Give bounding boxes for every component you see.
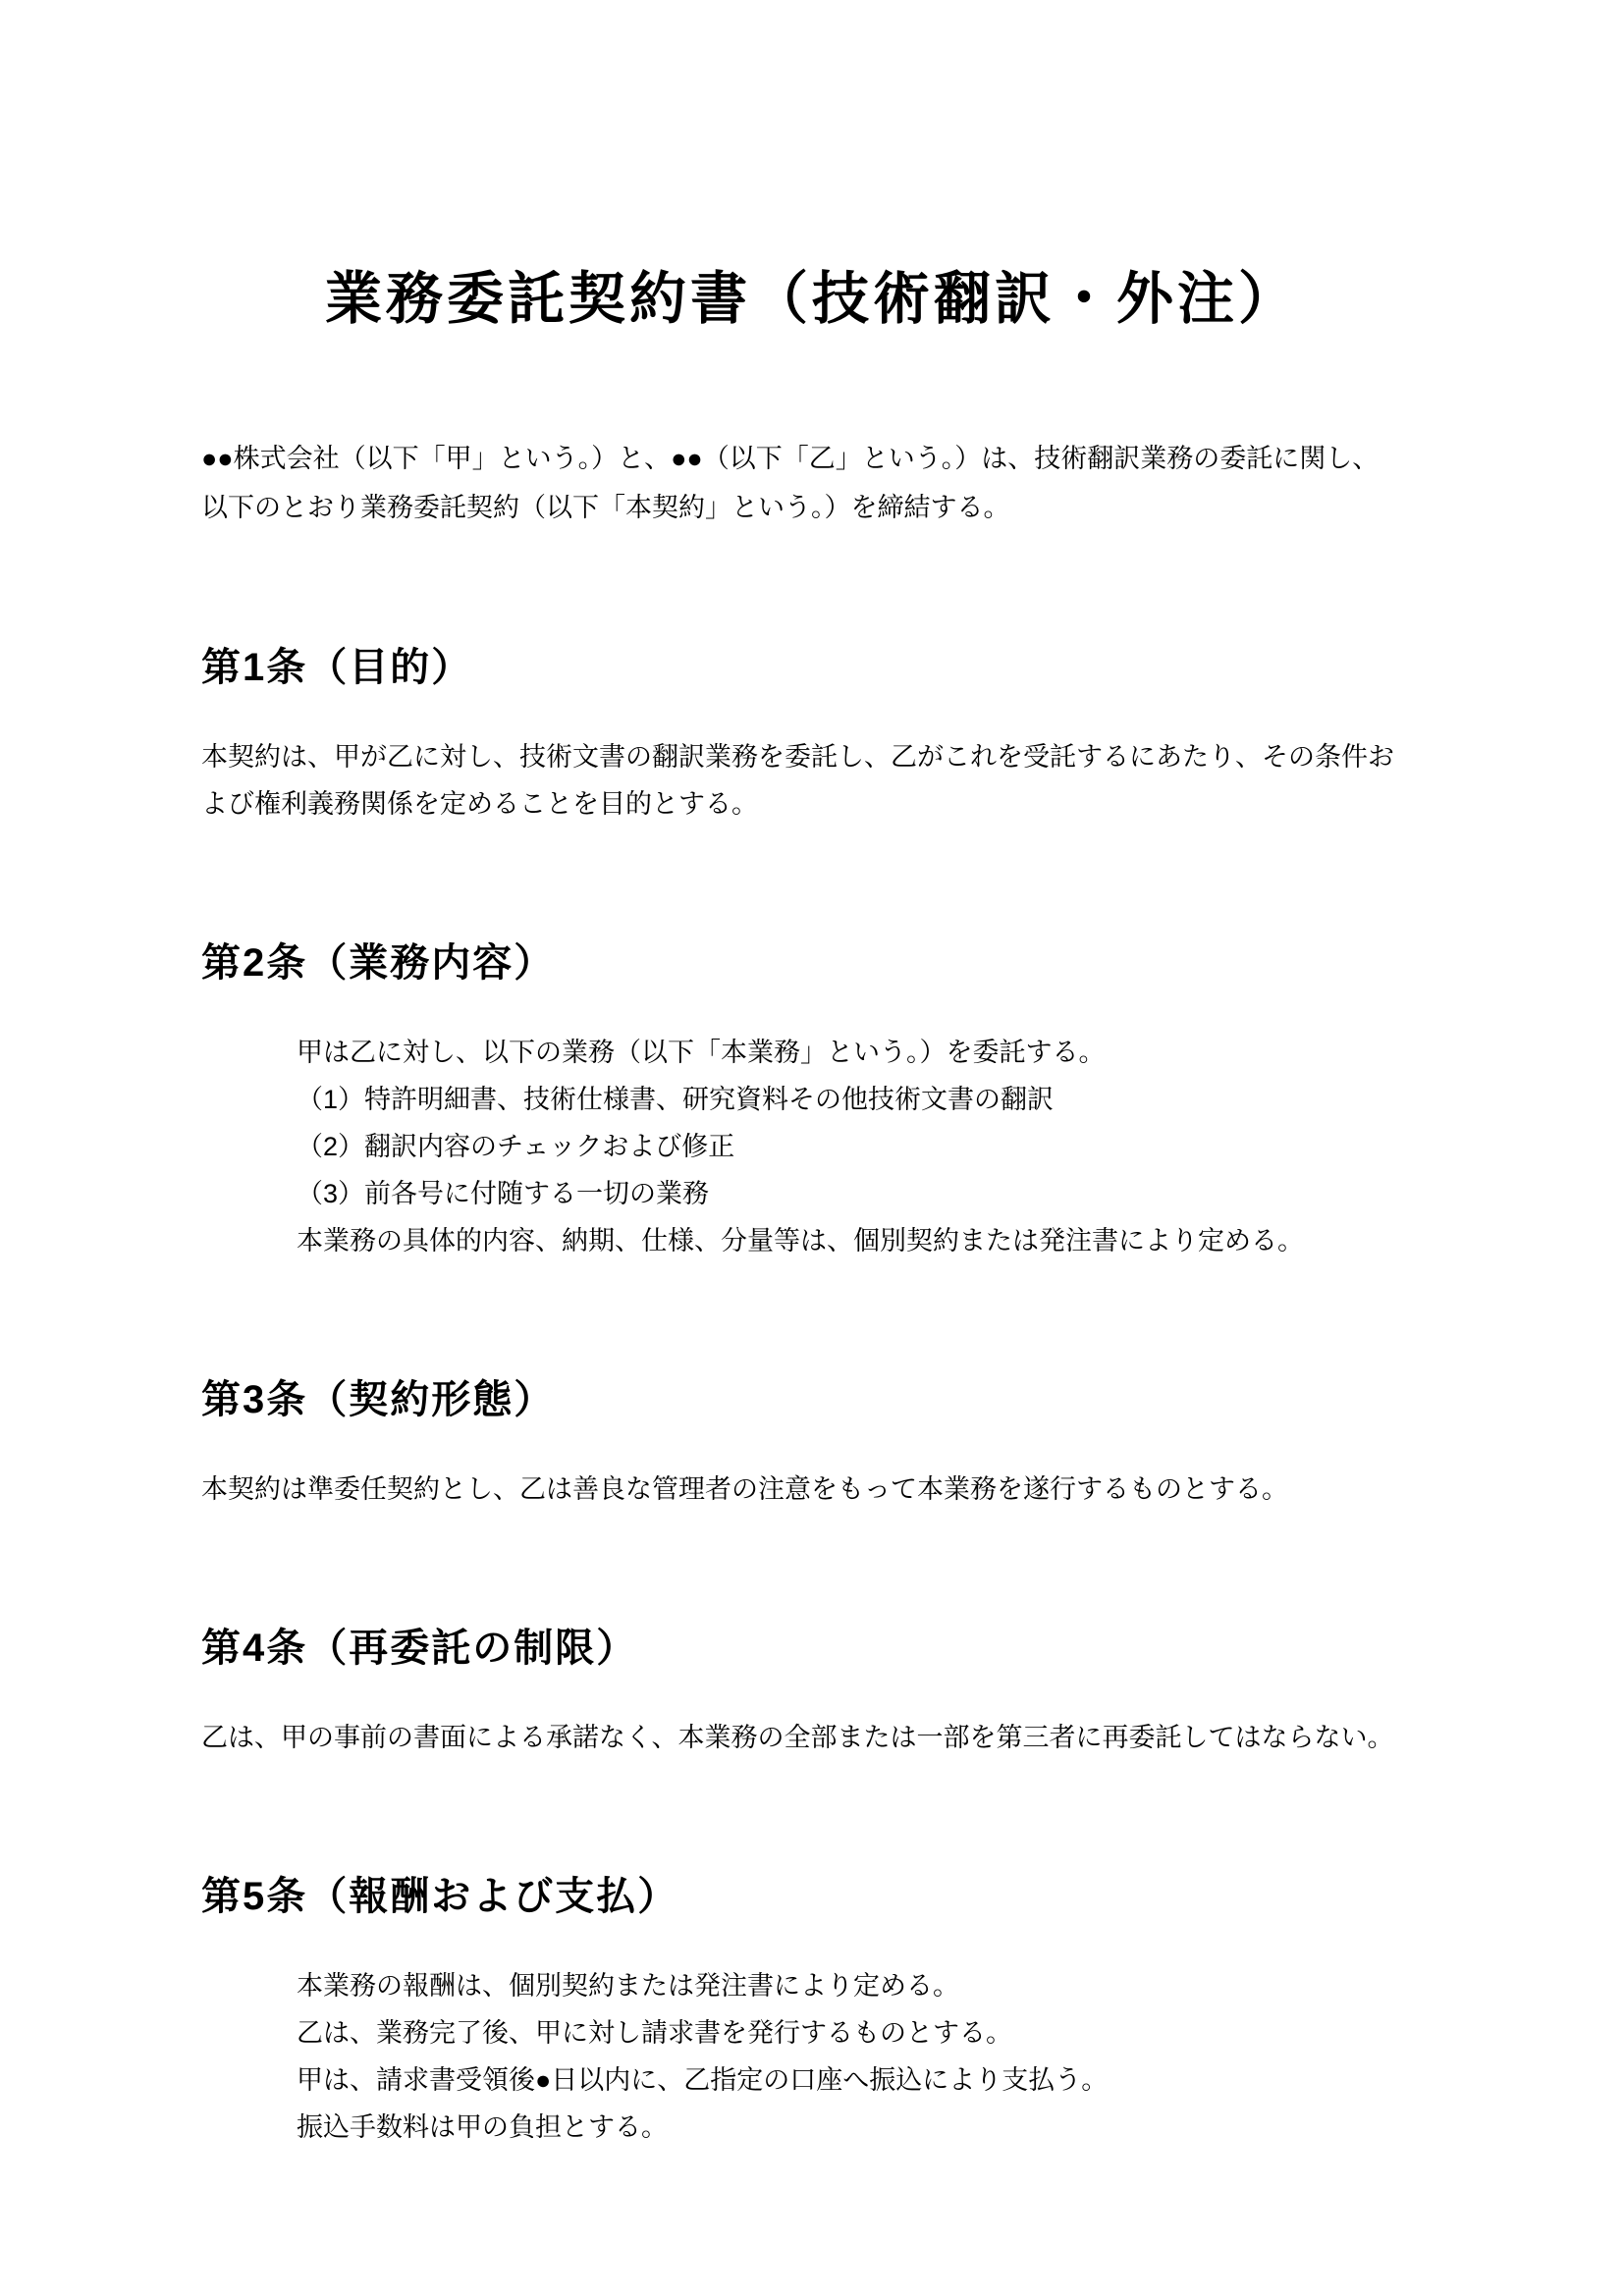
article-5-compensation-payment: 第5条（報酬および支払） 本業務の報酬は、個別契約または発注書により定める。 乙… — [201, 1874, 1452, 2151]
body-line: 本契約は準委任契約とし、乙は善良な管理者の注意をもって本業務を遂行するものとする… — [201, 1466, 1452, 1513]
article-4-heading: 第4条（再委託の制限） — [201, 1626, 1452, 1671]
body-line list-item: （2）翻訳内容のチェックおよび修正 — [297, 1123, 1452, 1170]
article-1-heading: 第1条（目的） — [201, 645, 1452, 690]
body-line: 甲は、請求書受領後●日以内に、乙指定の口座へ振込により支払う。 — [297, 2056, 1452, 2104]
intro-paragraph: ●●株式会社（以下「甲」という。）と、●●（以下「乙」という。）は、技術翻訳業務… — [201, 434, 1452, 532]
article-3-contract-form: 第3条（契約形態） 本契約は準委任契約とし、乙は善良な管理者の注意をもって本業務… — [201, 1377, 1452, 1513]
body-line: 本契約は、甲が乙に対し、技術文書の翻訳業務を委託し、乙がこれを受託するにあたり、… — [201, 733, 1452, 780]
body-line: 本業務の具体的内容、納期、仕様、分量等は、個別契約または発注書により定める。 — [297, 1217, 1452, 1264]
article-1-body: 本契約は、甲が乙に対し、技術文書の翻訳業務を委託し、乙がこれを受託するにあたり、… — [201, 733, 1452, 828]
body-line: 本業務の報酬は、個別契約または発注書により定める。 — [297, 1962, 1452, 2009]
body-line: 乙は、業務完了後、甲に対し請求書を発行するものとする。 — [297, 2009, 1452, 2056]
body-line: よび権利義務関係を定めることを目的とする。 — [201, 780, 1452, 828]
article-2-scope-of-work: 第2条（業務内容） 甲は乙に対し、以下の業務（以下「本業務」という。）を委託する… — [201, 940, 1452, 1264]
article-2-heading: 第2条（業務内容） — [201, 940, 1452, 986]
contract-document-page: 業務委託契約書（技術翻訳・外注） ●●株式会社（以下「甲」という。）と、●●（以… — [0, 0, 1624, 2296]
intro-line: ●●株式会社（以下「甲」という。）と、●●（以下「乙」という。）は、技術翻訳業務… — [201, 434, 1452, 483]
article-3-body: 本契約は準委任契約とし、乙は善良な管理者の注意をもって本業務を遂行するものとする… — [201, 1466, 1452, 1513]
document-title: 業務委託契約書（技術翻訳・外注） — [0, 267, 1624, 332]
article-3-heading: 第3条（契約形態） — [201, 1377, 1452, 1422]
title-band: 業務委託契約書（技術翻訳・外注） — [0, 267, 1624, 332]
article-1-purpose: 第1条（目的） 本契約は、甲が乙に対し、技術文書の翻訳業務を委託し、乙がこれを受… — [201, 645, 1452, 828]
article-5-heading: 第5条（報酬および支払） — [201, 1874, 1452, 1919]
intro-line: 以下のとおり業務委託契約（以下「本契約」という。）を締結する。 — [201, 483, 1452, 532]
body-line: 甲は乙に対し、以下の業務（以下「本業務」という。）を委託する。 — [297, 1029, 1452, 1076]
body-line list-item: （3）前各号に付随する一切の業務 — [297, 1170, 1452, 1217]
body-line: 乙は、甲の事前の書面による承諾なく、本業務の全部または一部を第三者に再委託しては… — [201, 1714, 1452, 1761]
article-4-body: 乙は、甲の事前の書面による承諾なく、本業務の全部または一部を第三者に再委託しては… — [201, 1714, 1452, 1761]
body-line list-item: （1）特許明細書、技術仕様書、研究資料その他技術文書の翻訳 — [297, 1076, 1452, 1123]
article-2-body: 甲は乙に対し、以下の業務（以下「本業務」という。）を委託する。 （1）特許明細書… — [201, 1029, 1452, 1264]
article-5-body: 本業務の報酬は、個別契約または発注書により定める。 乙は、業務完了後、甲に対し請… — [201, 1962, 1452, 2151]
body-line: 振込手数料は甲の負担とする。 — [297, 2104, 1452, 2151]
article-4-subcontracting-restriction: 第4条（再委託の制限） 乙は、甲の事前の書面による承諾なく、本業務の全部または一… — [201, 1626, 1452, 1761]
